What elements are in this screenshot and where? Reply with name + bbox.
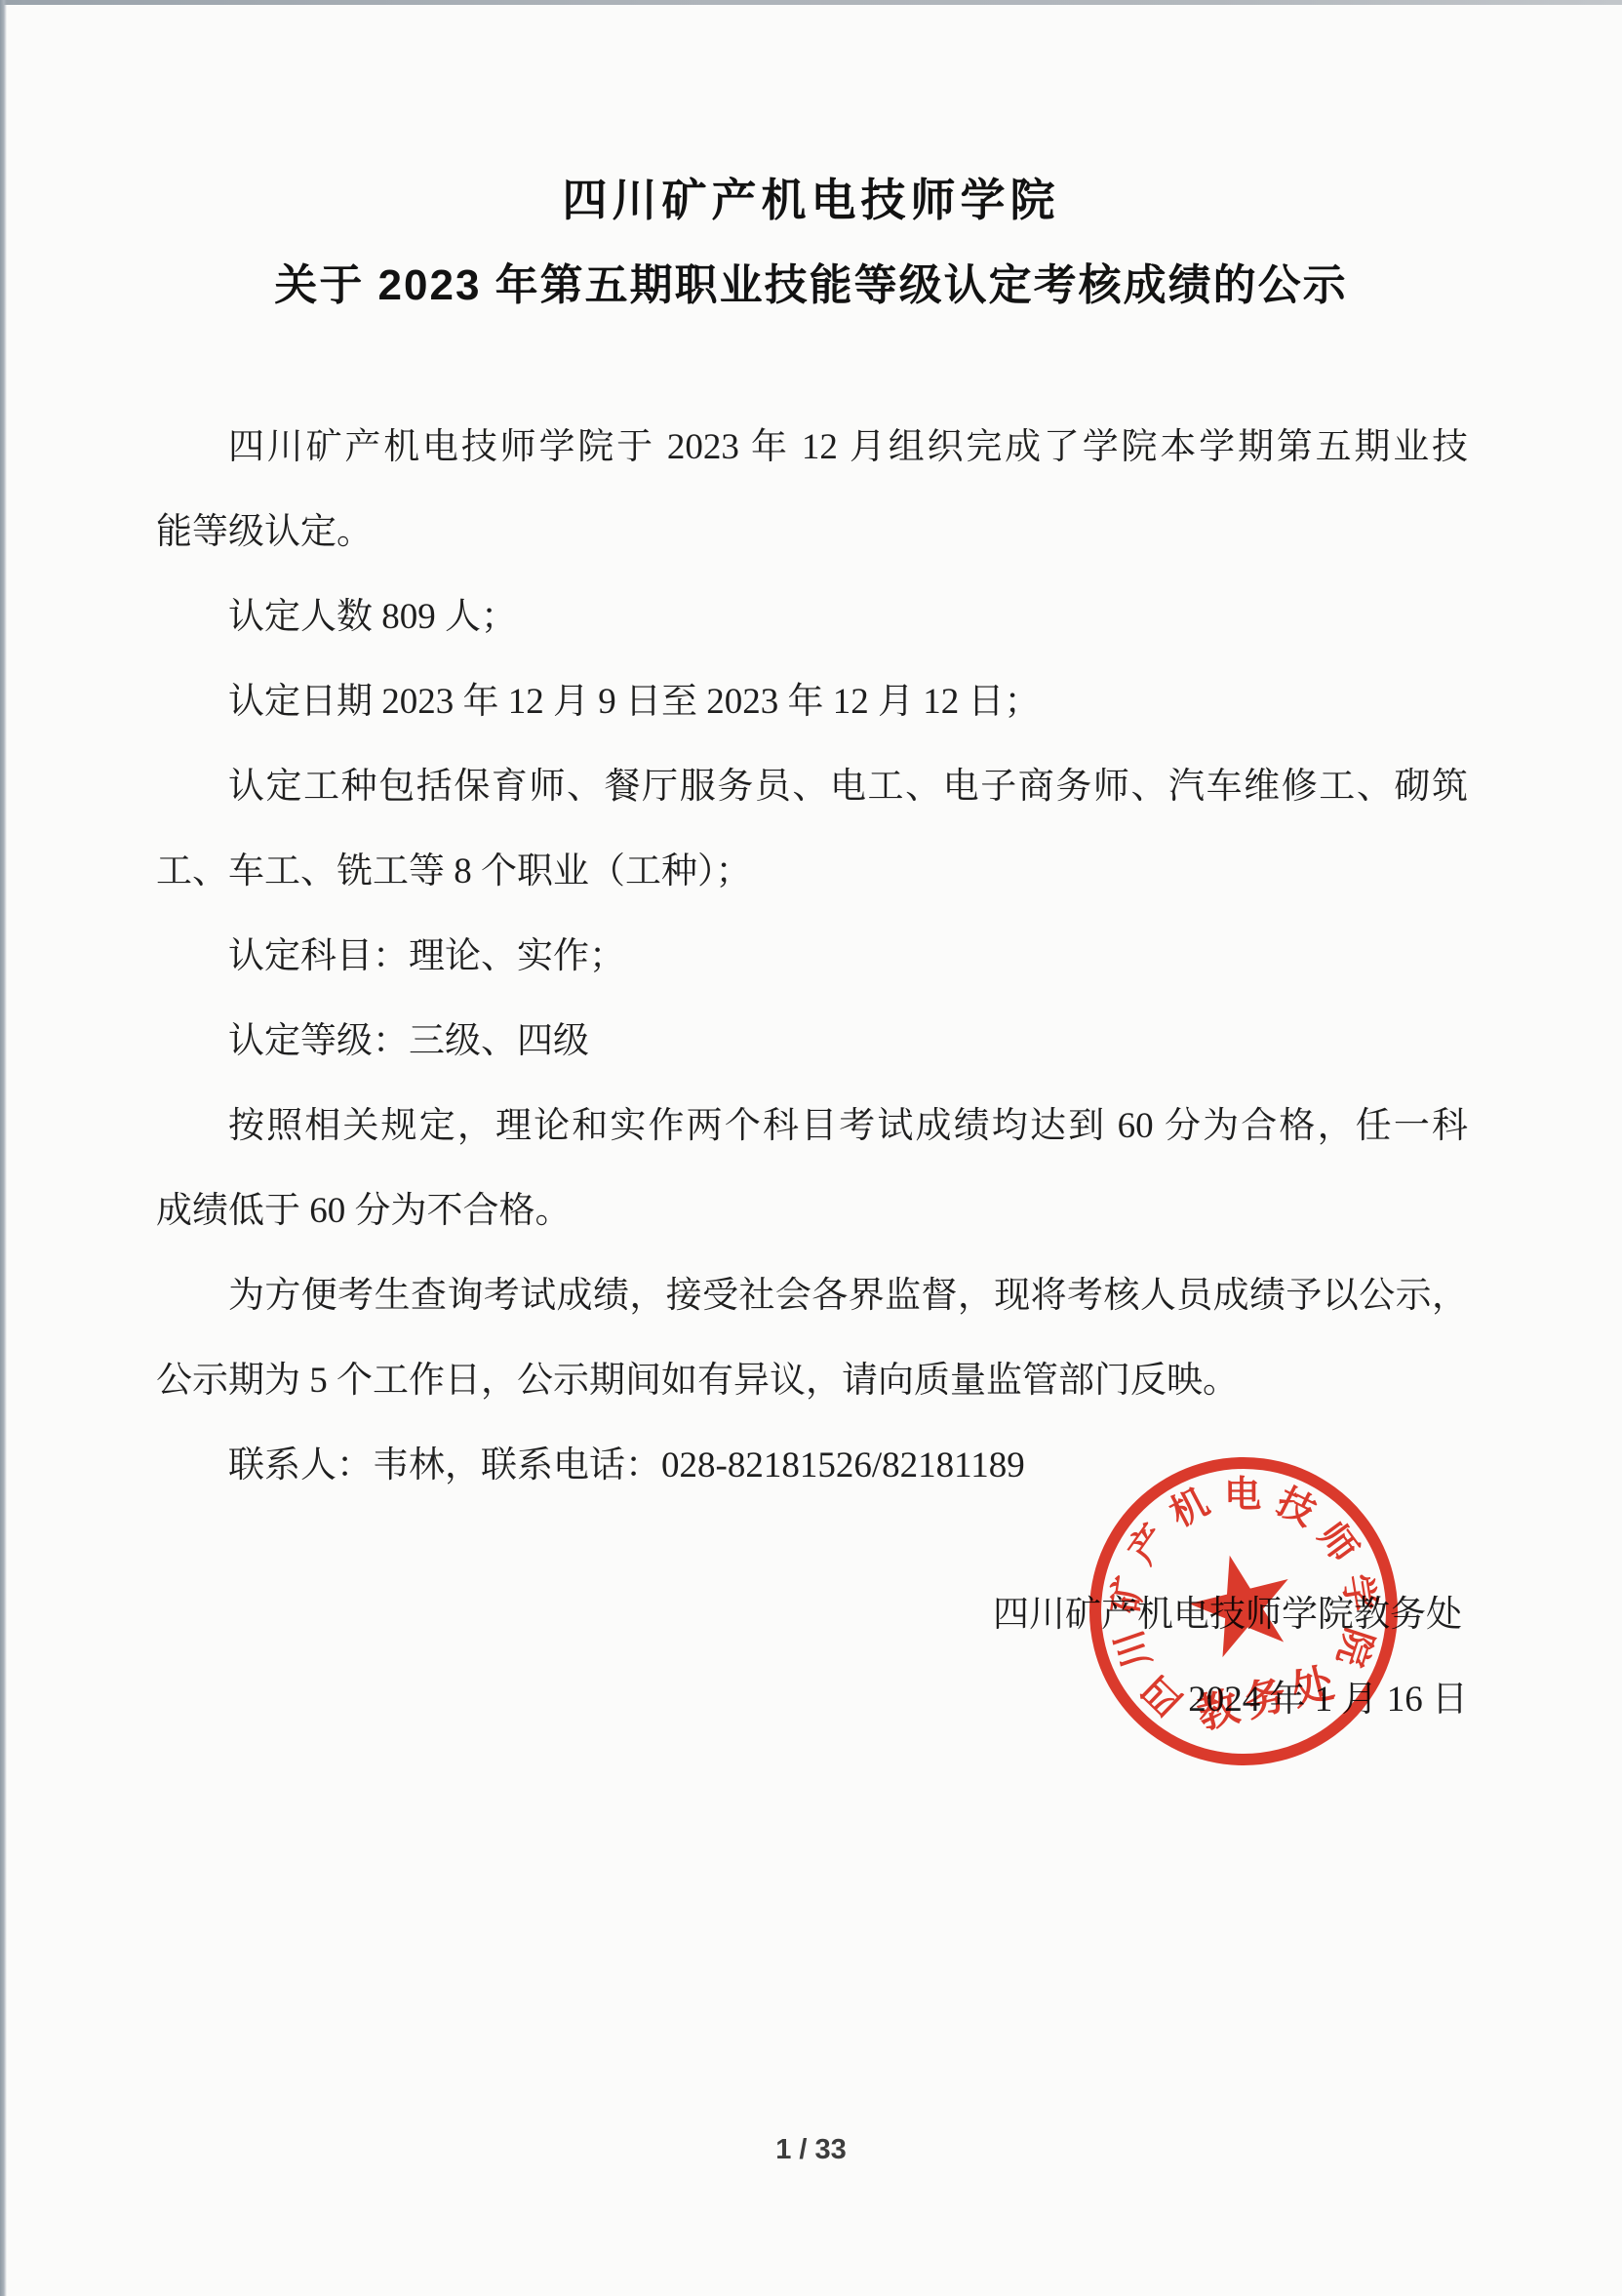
body-line: 认定等级：三级、四级 xyxy=(156,999,1468,1084)
scanned-document-page: 四川矿产机电技师学院 关于 2023 年第五期职业技能等级认定考核成绩的公示 四… xyxy=(0,0,1622,2296)
body-line: 按照相关规定，理论和实作两个科目考试成绩均达到 60 分为合格，任一科 xyxy=(156,1084,1468,1168)
scan-edge-top xyxy=(0,0,1622,5)
document-body: 四川矿产机电技师学院于 2023 年 12 月组织完成了学院本学期第五期业技 能… xyxy=(156,405,1468,1742)
page-number: 1 / 33 xyxy=(0,2134,1622,2166)
body-line: 认定人数 809 人； xyxy=(156,574,1468,659)
signature-date: 2024 年 1 月 16 日 xyxy=(156,1657,1468,1742)
body-line: 公示期为 5 个工作日，公示期间如有异议，请向质量监管部门反映。 xyxy=(156,1338,1468,1423)
body-line: 成绩低于 60 分为不合格。 xyxy=(156,1168,1468,1253)
body-line: 四川矿产机电技师学院于 2023 年 12 月组织完成了学院本学期第五期业技 xyxy=(156,405,1468,490)
body-line: 认定工种包括保育师、餐厅服务员、电工、电子商务师、汽车维修工、砌筑 xyxy=(156,744,1468,829)
body-line: 能等级认定。 xyxy=(156,490,1468,574)
body-line: 联系人：韦林，联系电话：028-82181526/82181189 xyxy=(156,1423,1468,1508)
body-line: 为方便考生查询考试成绩，接受社会各界监督，现将考核人员成绩予以公示， xyxy=(156,1253,1468,1338)
signature-org: 四川矿产机电技师学院教务处 xyxy=(156,1572,1468,1657)
document-subtitle: 关于 2023 年第五期职业技能等级认定考核成绩的公示 xyxy=(0,259,1622,312)
body-line: 认定日期 2023 年 12 月 9 日至 2023 年 12 月 12 日； xyxy=(156,659,1468,744)
scan-edge-left xyxy=(0,0,7,2296)
body-line: 工、车工、铣工等 8 个职业（工种）； xyxy=(156,829,1468,914)
body-line: 认定科目：理论、实作； xyxy=(156,914,1468,999)
document-title: 四川矿产机电技师学院 xyxy=(0,174,1622,226)
